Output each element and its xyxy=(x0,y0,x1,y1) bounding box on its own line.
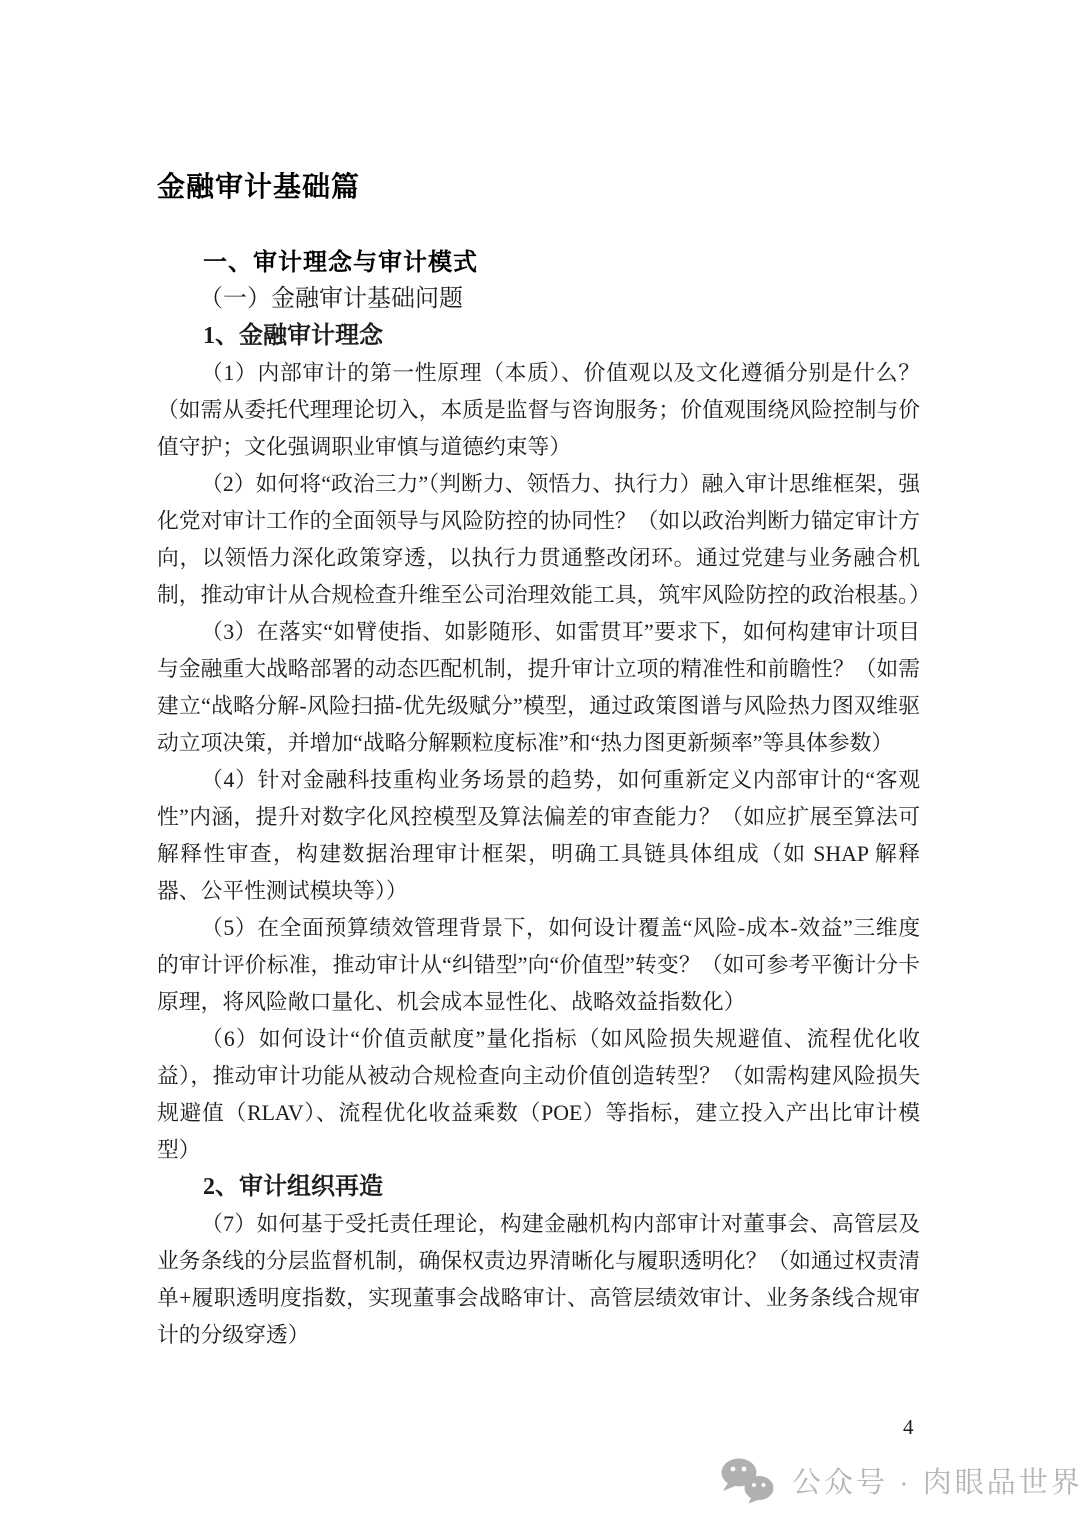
paragraph-q4: （4）针对金融科技重构业务场景的趋势，如何重新定义内部审计的“客观性”内涵，提升… xyxy=(157,762,920,910)
paragraph-q7: （7）如何基于受托责任理论，构建金融机构内部审计对董事会、高管层及业务条线的分层… xyxy=(157,1206,920,1354)
paragraph-q3: （3）在落实“如臂使指、如影随形、如雷贯耳”要求下，如何构建审计项目与金融重大战… xyxy=(157,614,920,762)
paragraph-q6: （6）如何设计“价值贡献度”量化指标（如风险损失规避值、流程优化收益），推动审计… xyxy=(157,1021,920,1169)
document-body: 金融审计基础篇 一、审计理念与审计模式 （一）金融审计基础问题 1、金融审计理念… xyxy=(157,168,920,1354)
paragraph-q2: （2）如何将“政治三力”（判断力、领悟力、执行力）融入审计思维框架，强化党对审计… xyxy=(157,466,920,614)
section-heading-audit-concept-and-mode: 一、审计理念与审计模式 xyxy=(157,244,920,281)
page-number: 4 xyxy=(903,1415,914,1439)
paragraph-q5: （5）在全面预算绩效管理背景下，如何设计覆盖“风险-成本-效益”三维度的审计评价… xyxy=(157,910,920,1021)
topic-heading-audit-concept: 1、金融审计理念 xyxy=(157,318,920,355)
watermark-label: 公众号 · 肉眼品世界 xyxy=(792,1460,1080,1501)
wechat-icon xyxy=(718,1457,778,1504)
document-title: 金融审计基础篇 xyxy=(157,168,920,206)
sub-heading-basic-questions: （一）金融审计基础问题 xyxy=(157,281,920,318)
watermark: 公众号 · 肉眼品世界 xyxy=(718,1455,1080,1505)
document-page: 金融审计基础篇 一、审计理念与审计模式 （一）金融审计基础问题 1、金融审计理念… xyxy=(0,0,1080,1527)
topic-heading-audit-organization: 2、审计组织再造 xyxy=(157,1169,920,1206)
paragraph-q1: （1）内部审计的第一性原理（本质）、价值观以及文化遵循分别是什么？（如需从委托代… xyxy=(157,355,920,466)
